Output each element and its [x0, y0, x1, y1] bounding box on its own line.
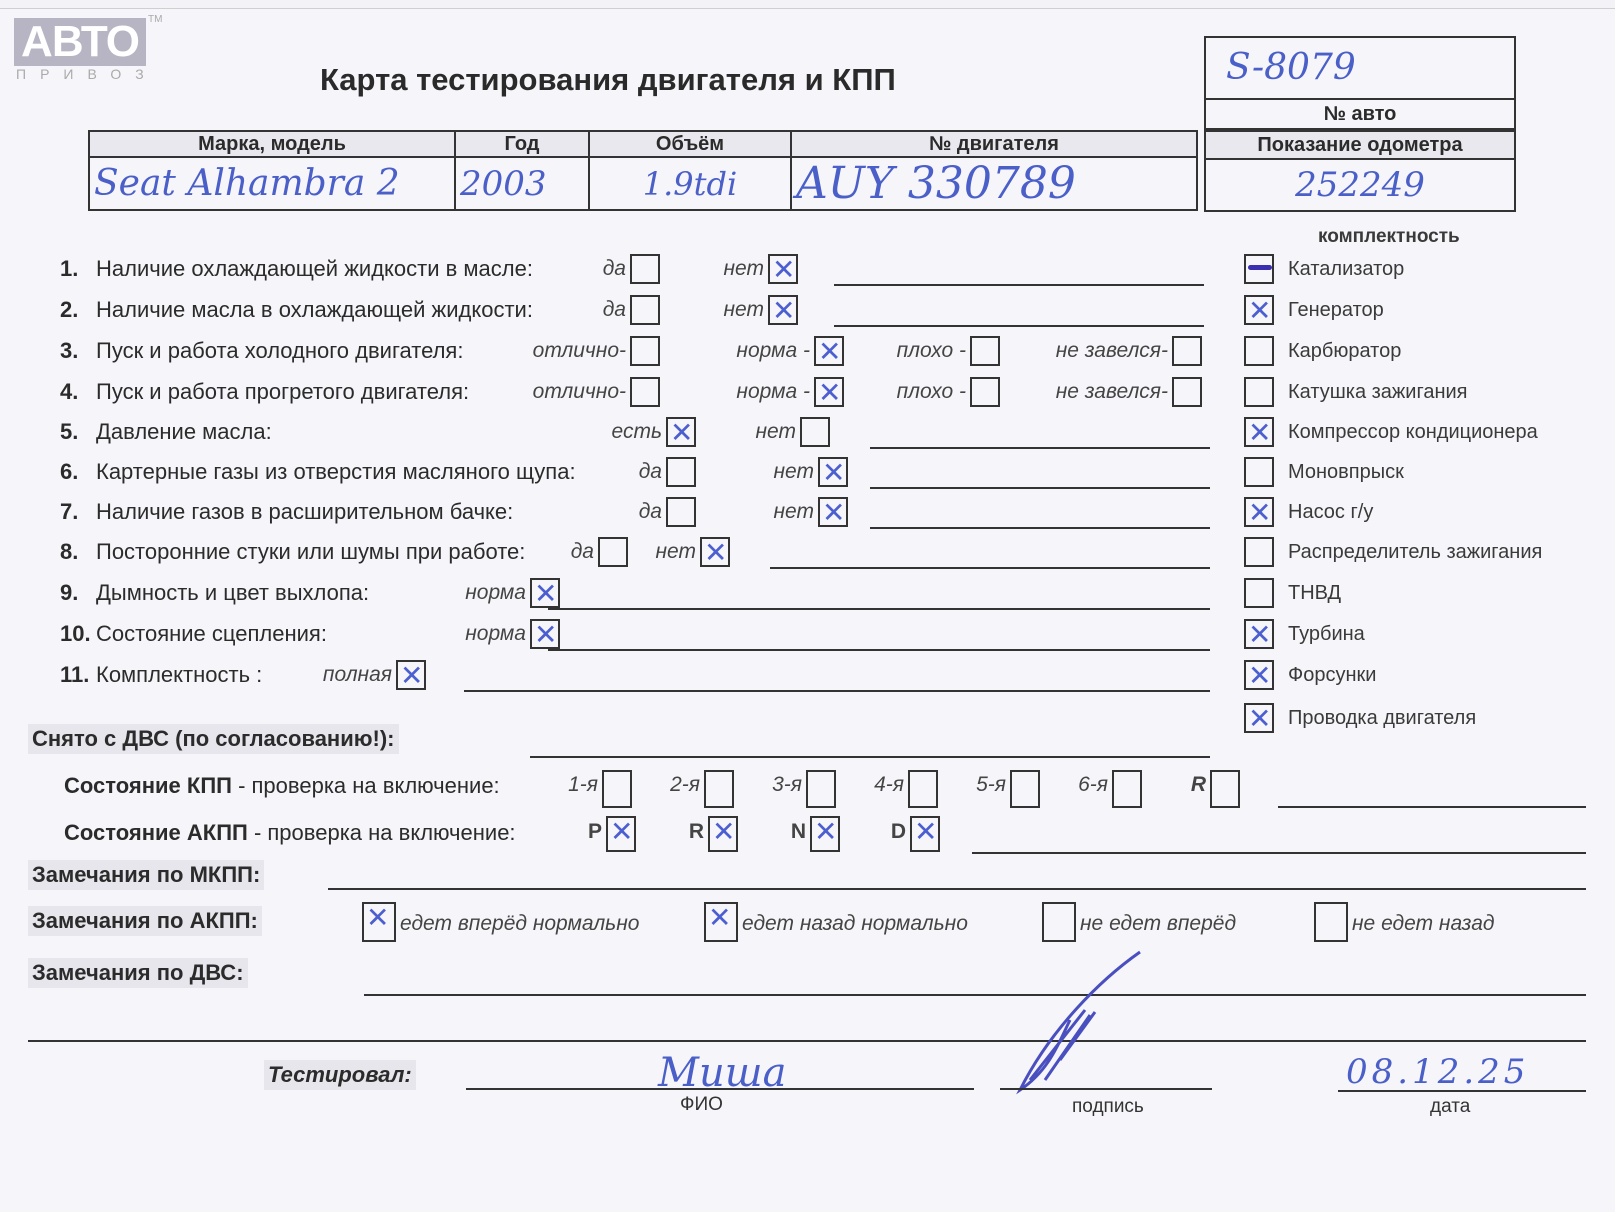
komplektnost-checkbox[interactable]	[1244, 417, 1274, 447]
option-checkbox[interactable]	[970, 377, 1000, 407]
question-number: 6.	[60, 459, 78, 485]
kpp-gear-label: 3-я	[772, 773, 802, 797]
question-remarks-line[interactable]	[770, 567, 1210, 569]
name-line	[466, 1088, 974, 1090]
option-label: плохо -	[897, 380, 966, 404]
option-checkbox[interactable]	[630, 254, 660, 284]
question-text: Давление масла:	[96, 419, 272, 445]
volume-value[interactable]: 1.9tdi	[589, 157, 791, 210]
question-text: Наличие охлаждающей жидкости в масле:	[96, 256, 533, 282]
remarks-dvs-label: Замечания по ДВС:	[28, 958, 248, 988]
option-checkbox[interactable]	[530, 578, 560, 608]
option-label: нет	[656, 540, 697, 564]
komplektnost-item-label: Моновпрыск	[1288, 461, 1404, 484]
option-checkbox[interactable]	[818, 457, 848, 487]
kpp-gear-checkbox[interactable]	[806, 770, 836, 808]
remarks-akpp-label: Замечания по АКПП:	[28, 906, 262, 936]
option-label: нет	[724, 257, 765, 281]
option-checkbox[interactable]	[598, 537, 628, 567]
kpp-label-rest: - проверка на включение:	[232, 773, 500, 798]
akpp-remark-label: не едет вперёд	[1080, 912, 1236, 936]
akpp-remark-checkbox[interactable]	[704, 902, 738, 942]
question-number: 4.	[60, 379, 78, 405]
option-label: да	[639, 460, 662, 484]
kpp-gear-label: 5-я	[976, 773, 1006, 797]
question-text: Наличие газов в расширительном бачке:	[96, 499, 513, 525]
auto-number-label: № авто	[1206, 100, 1514, 128]
kpp-gear-label: R	[1191, 773, 1206, 797]
removed-line[interactable]	[530, 756, 1210, 758]
option-checkbox[interactable]	[814, 336, 844, 366]
question-remarks-line[interactable]	[548, 649, 1210, 651]
logo-trademark: TM	[148, 14, 162, 25]
odometer-label: Показание одометра	[1206, 130, 1514, 160]
question-remarks-line[interactable]	[834, 325, 1204, 327]
signature-caption: подпись	[1072, 1096, 1144, 1118]
remarks-mkpp-label: Замечания по МКПП:	[28, 860, 264, 890]
option-checkbox[interactable]	[814, 377, 844, 407]
komplektnost-item-label: Распределитель зажигания	[1288, 541, 1542, 564]
option-checkbox[interactable]	[666, 497, 696, 527]
komplektnost-checkbox[interactable]	[1244, 336, 1274, 366]
option-checkbox[interactable]	[396, 660, 426, 690]
option-checkbox[interactable]	[1172, 377, 1202, 407]
option-label: отлично-	[533, 339, 626, 363]
signature-line	[1000, 1088, 1212, 1090]
avtoprivoz-logo: АВТО	[14, 18, 146, 66]
akpp-gear-checkbox[interactable]	[810, 816, 840, 852]
question-text: Посторонние стуки или шумы при работе:	[96, 539, 525, 565]
kpp-gear-checkbox[interactable]	[1112, 770, 1142, 808]
komplektnost-item-label: Проводка двигателя	[1288, 707, 1476, 730]
option-label: нет	[774, 460, 815, 484]
header-make-model: Марка, модель	[89, 131, 455, 157]
komplektnost-item-label: ТНВД	[1288, 582, 1341, 605]
question-remarks-line[interactable]	[834, 284, 1204, 286]
name-caption: ФИО	[680, 1094, 723, 1116]
kpp-label-bold: Состояние КПП	[64, 773, 232, 798]
header-engine-number: № двигателя	[791, 131, 1197, 157]
akpp-gear-label: N	[791, 820, 806, 844]
question-remarks-line[interactable]	[870, 527, 1210, 529]
option-label: нет	[774, 500, 815, 524]
option-label: да	[571, 540, 594, 564]
make-model-value[interactable]: Seat Alhambra 2	[89, 157, 455, 210]
option-checkbox[interactable]	[800, 417, 830, 447]
removed-label: Снято с ДВС (по согласованию!):	[28, 724, 399, 754]
komplektnost-checkbox[interactable]	[1244, 660, 1274, 690]
question-text: Картерные газы из отверстия масляного щу…	[96, 459, 576, 485]
question-number: 7.	[60, 499, 78, 525]
remarks-mkpp-line[interactable]	[328, 888, 1586, 890]
date-value[interactable]: 08.12.25	[1346, 1052, 1529, 1092]
komplektnost-checkbox[interactable]	[1244, 537, 1274, 567]
option-checkbox[interactable]	[630, 336, 660, 366]
kpp-gear-label: 1-я	[568, 773, 598, 797]
option-checkbox[interactable]	[630, 377, 660, 407]
kpp-gear-checkbox[interactable]	[704, 770, 734, 808]
option-label: полная	[323, 663, 392, 687]
akpp-gear-label: R	[689, 820, 704, 844]
komplektnost-title: комплектность	[1318, 226, 1460, 248]
kpp-remarks-line[interactable]	[1278, 806, 1586, 808]
komplektnost-checkbox[interactable]	[1244, 295, 1274, 325]
auto-number-value[interactable]: S-8079	[1206, 38, 1514, 100]
question-number: 10.	[60, 621, 91, 647]
akpp-gear-checkbox[interactable]	[708, 816, 738, 852]
odometer-value[interactable]: 252249	[1206, 160, 1514, 210]
akpp-remark-checkbox[interactable]	[1042, 902, 1076, 942]
kpp-label: Состояние КПП - проверка на включение:	[64, 773, 500, 799]
komplektnost-item-label: Форсунки	[1288, 664, 1376, 687]
akpp-remark-label: едет вперёд нормально	[400, 912, 639, 936]
remarks-dvs-line-2[interactable]	[28, 1040, 1586, 1042]
option-label: не завелся-	[1056, 380, 1168, 404]
komplektnost-item-label: Катализатор	[1288, 258, 1404, 281]
page-title: Карта тестирования двигателя и КПП	[320, 62, 896, 98]
question-text: Наличие масла в охлаждающей жидкости:	[96, 297, 533, 323]
komplektnost-checkbox[interactable]	[1244, 703, 1274, 733]
akpp-gear-label: D	[891, 820, 906, 844]
option-label: норма	[465, 622, 526, 646]
question-text: Комплектность :	[96, 662, 262, 688]
komplektnost-checkbox[interactable]	[1244, 457, 1274, 487]
akpp-gear-checkbox[interactable]	[910, 816, 940, 852]
akpp-gear-checkbox[interactable]	[606, 816, 636, 852]
header-year: Год	[455, 131, 589, 157]
option-label: отлично-	[533, 380, 626, 404]
option-checkbox[interactable]	[530, 619, 560, 649]
tested-by-label: Тестировал:	[264, 1060, 416, 1090]
signature-icon[interactable]	[990, 950, 1150, 1100]
option-label: да	[603, 298, 626, 322]
akpp-gear-label: P	[588, 820, 602, 844]
akpp-label-bold: Состояние АКПП	[64, 820, 248, 845]
vehicle-info-table: Марка, модель Год Объём № двигателя Seat…	[88, 130, 1198, 211]
question-number: 5.	[60, 419, 78, 445]
logo-subtitle: ПРИВОЗ	[16, 66, 158, 82]
option-label: плохо -	[897, 339, 966, 363]
option-label: норма -	[736, 339, 810, 363]
remarks-dvs-line[interactable]	[364, 994, 1586, 996]
question-number: 3.	[60, 338, 78, 364]
option-checkbox[interactable]	[666, 457, 696, 487]
option-checkbox[interactable]	[666, 417, 696, 447]
komplektnost-checkbox[interactable]	[1244, 377, 1274, 407]
komplektnost-item-label: Насос г/у	[1288, 501, 1373, 524]
question-remarks-line[interactable]	[548, 608, 1210, 610]
question-number: 2.	[60, 297, 78, 323]
komplektnost-checkbox[interactable]	[1244, 254, 1274, 284]
kpp-gear-checkbox[interactable]	[602, 770, 632, 808]
option-checkbox[interactable]	[1172, 336, 1202, 366]
komplektnost-checkbox[interactable]	[1244, 619, 1274, 649]
question-number: 1.	[60, 256, 78, 282]
header-volume: Объём	[589, 131, 791, 157]
option-label: нет	[756, 420, 797, 444]
akpp-remark-checkbox[interactable]	[362, 902, 396, 942]
question-remarks-line[interactable]	[870, 447, 1210, 449]
option-checkbox[interactable]	[970, 336, 1000, 366]
komplektnost-item-label: Катушка зажигания	[1288, 381, 1468, 404]
question-text: Состояние сцепления:	[96, 621, 327, 647]
komplektnost-item-label: Компрессор кондиционера	[1288, 421, 1538, 444]
option-label: да	[639, 500, 662, 524]
date-caption: дата	[1430, 1096, 1470, 1118]
option-checkbox[interactable]	[630, 295, 660, 325]
question-number: 11.	[60, 662, 89, 688]
komplektnost-checkbox[interactable]	[1244, 578, 1274, 608]
question-text: Пуск и работа холодного двигателя:	[96, 338, 463, 364]
option-checkbox[interactable]	[700, 537, 730, 567]
akpp-remark-checkbox[interactable]	[1314, 902, 1348, 942]
question-number: 9.	[60, 580, 78, 606]
kpp-gear-label: 6-я	[1078, 773, 1108, 797]
komplektnost-item-label: Генератор	[1288, 299, 1384, 322]
odometer-box: Показание одометра 252249	[1204, 130, 1516, 212]
question-text: Дымность и цвет выхлопа:	[96, 580, 369, 606]
option-checkbox[interactable]	[818, 497, 848, 527]
kpp-gear-checkbox[interactable]	[1210, 770, 1240, 808]
akpp-remark-label: едет назад нормально	[742, 912, 968, 936]
komplektnost-item-label: Турбина	[1288, 623, 1365, 646]
kpp-gear-label: 4-я	[874, 773, 904, 797]
auto-number-box: S-8079 № авто	[1204, 36, 1516, 130]
question-remarks-line[interactable]	[870, 487, 1210, 489]
akpp-label-rest: - проверка на включение:	[248, 820, 516, 845]
kpp-gear-checkbox[interactable]	[1010, 770, 1040, 808]
option-label: есть	[612, 420, 662, 444]
komplektnost-item-label: Карбюратор	[1288, 340, 1401, 363]
engine-number-value[interactable]: AUY 330789	[791, 157, 1197, 210]
option-label: норма -	[736, 380, 810, 404]
question-number: 8.	[60, 539, 78, 565]
year-value[interactable]: 2003	[455, 157, 589, 210]
akpp-label: Состояние АКПП - проверка на включение:	[64, 820, 516, 846]
option-label: нет	[724, 298, 765, 322]
kpp-gear-checkbox[interactable]	[908, 770, 938, 808]
question-remarks-line[interactable]	[464, 690, 1210, 692]
option-checkbox[interactable]	[768, 254, 798, 284]
option-label: да	[603, 257, 626, 281]
date-line	[1338, 1090, 1586, 1092]
akpp-remarks-line[interactable]	[972, 852, 1586, 854]
option-checkbox[interactable]	[768, 295, 798, 325]
komplektnost-checkbox[interactable]	[1244, 497, 1274, 527]
kpp-gear-label: 2-я	[670, 773, 700, 797]
question-text: Пуск и работа прогретого двигателя:	[96, 379, 469, 405]
akpp-remark-label: не едет назад	[1352, 912, 1494, 936]
option-label: не завелся-	[1056, 339, 1168, 363]
option-label: норма	[465, 581, 526, 605]
